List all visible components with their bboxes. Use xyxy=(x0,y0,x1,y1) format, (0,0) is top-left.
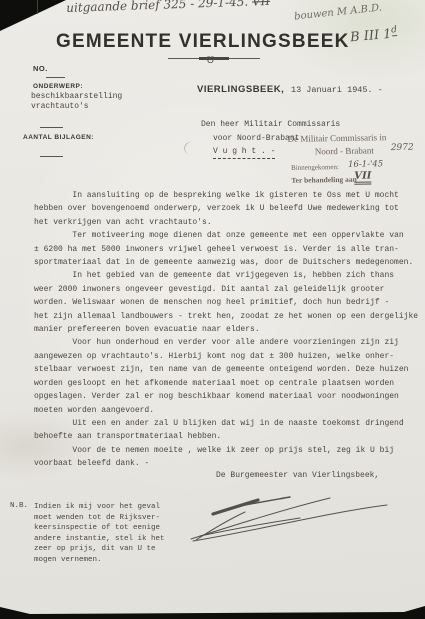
place-name: VIERLINGSBEEK, xyxy=(197,84,284,95)
letterhead-ornament: ℧ xyxy=(168,55,260,67)
signature-scrawl xyxy=(185,487,395,545)
top-note-roman-numeral: VII xyxy=(252,0,271,9)
stamp-office-line-1: De Militair Commissaris in xyxy=(288,132,387,144)
postscript-label: N.B. xyxy=(10,502,28,510)
letter-page: uitgaande brief 325 - 29-1-45. VII bouwe… xyxy=(0,0,425,619)
signoff-line: De Burgemeester van Vierlingsbeek, xyxy=(216,471,379,480)
stamp-handwritten-number: 2972 xyxy=(391,143,414,153)
paragraph-1: In aansluiting op de bespreking welke ik… xyxy=(34,189,424,229)
pencil-mark xyxy=(182,140,202,159)
stamp-received-date: 16-1-'45 xyxy=(348,159,383,170)
enclosures-label: AANTAL BIJLAGEN: xyxy=(23,134,94,141)
number-blank-line xyxy=(46,77,65,78)
stamp-handling-value: VII xyxy=(354,170,371,184)
paragraph-6: Voor de te nemen moeite , welke ik zeer … xyxy=(34,444,424,471)
number-label: NO. xyxy=(33,64,48,73)
filing-code-text: B III 1 xyxy=(349,27,392,46)
paragraph-4: Voor hun onderhoud en verder voor alle a… xyxy=(34,336,424,416)
recipient-line-1: Den heer Militair Commissaris xyxy=(201,120,340,129)
enclosures-blank-line xyxy=(40,156,63,157)
document-scan: uitgaande brief 325 - 29-1-45. VII bouwe… xyxy=(0,0,425,619)
filing-code-note: B III 1d xyxy=(349,25,398,45)
stamp-received-label: Binnengekomen: xyxy=(291,163,339,172)
receipt-stamp: De Militair Commissaris in Noord - Braba… xyxy=(254,130,425,193)
municipality-title: GEMEENTE VIERLINGSBEEK xyxy=(56,31,350,53)
horseshoe-ornament-icon: ℧ xyxy=(207,56,214,66)
stamp-handling-label: Ter behandeling aan xyxy=(291,175,357,185)
top-margin-handwritten-note: uitgaande brief 325 - 29-1-45. VII xyxy=(66,0,270,15)
postscript-text: Indien ik mij voor het geval moet wenden… xyxy=(34,502,165,566)
divider-line xyxy=(40,127,63,128)
top-note-text: uitgaande brief 325 - 29-1-45. xyxy=(66,0,248,15)
subject-label: ONDERWERP: xyxy=(33,83,83,90)
stamp-office-line-2: Noord - Brabant xyxy=(315,145,374,156)
filing-code-superscript: d xyxy=(391,25,398,36)
ornament-center-bar xyxy=(199,57,229,60)
top-right-pencil-note: bouwen M A.B.D. xyxy=(294,2,383,22)
paragraph-5: Uit een en ander zal U blijken dat wij i… xyxy=(34,417,424,444)
scan-edge-artifact xyxy=(37,0,38,14)
subject-value: beschikbaarstelling vrachtauto's xyxy=(31,92,122,112)
paragraph-3: In het gebied van de gemeente dat vrijge… xyxy=(34,269,424,336)
letter-date: 13 Januari 1945. - xyxy=(291,85,383,95)
paragraph-2: Ter motiveering moge dienen dat onze gem… xyxy=(34,229,424,269)
letter-body: In aansluiting op de bespreking welke ik… xyxy=(34,189,424,471)
